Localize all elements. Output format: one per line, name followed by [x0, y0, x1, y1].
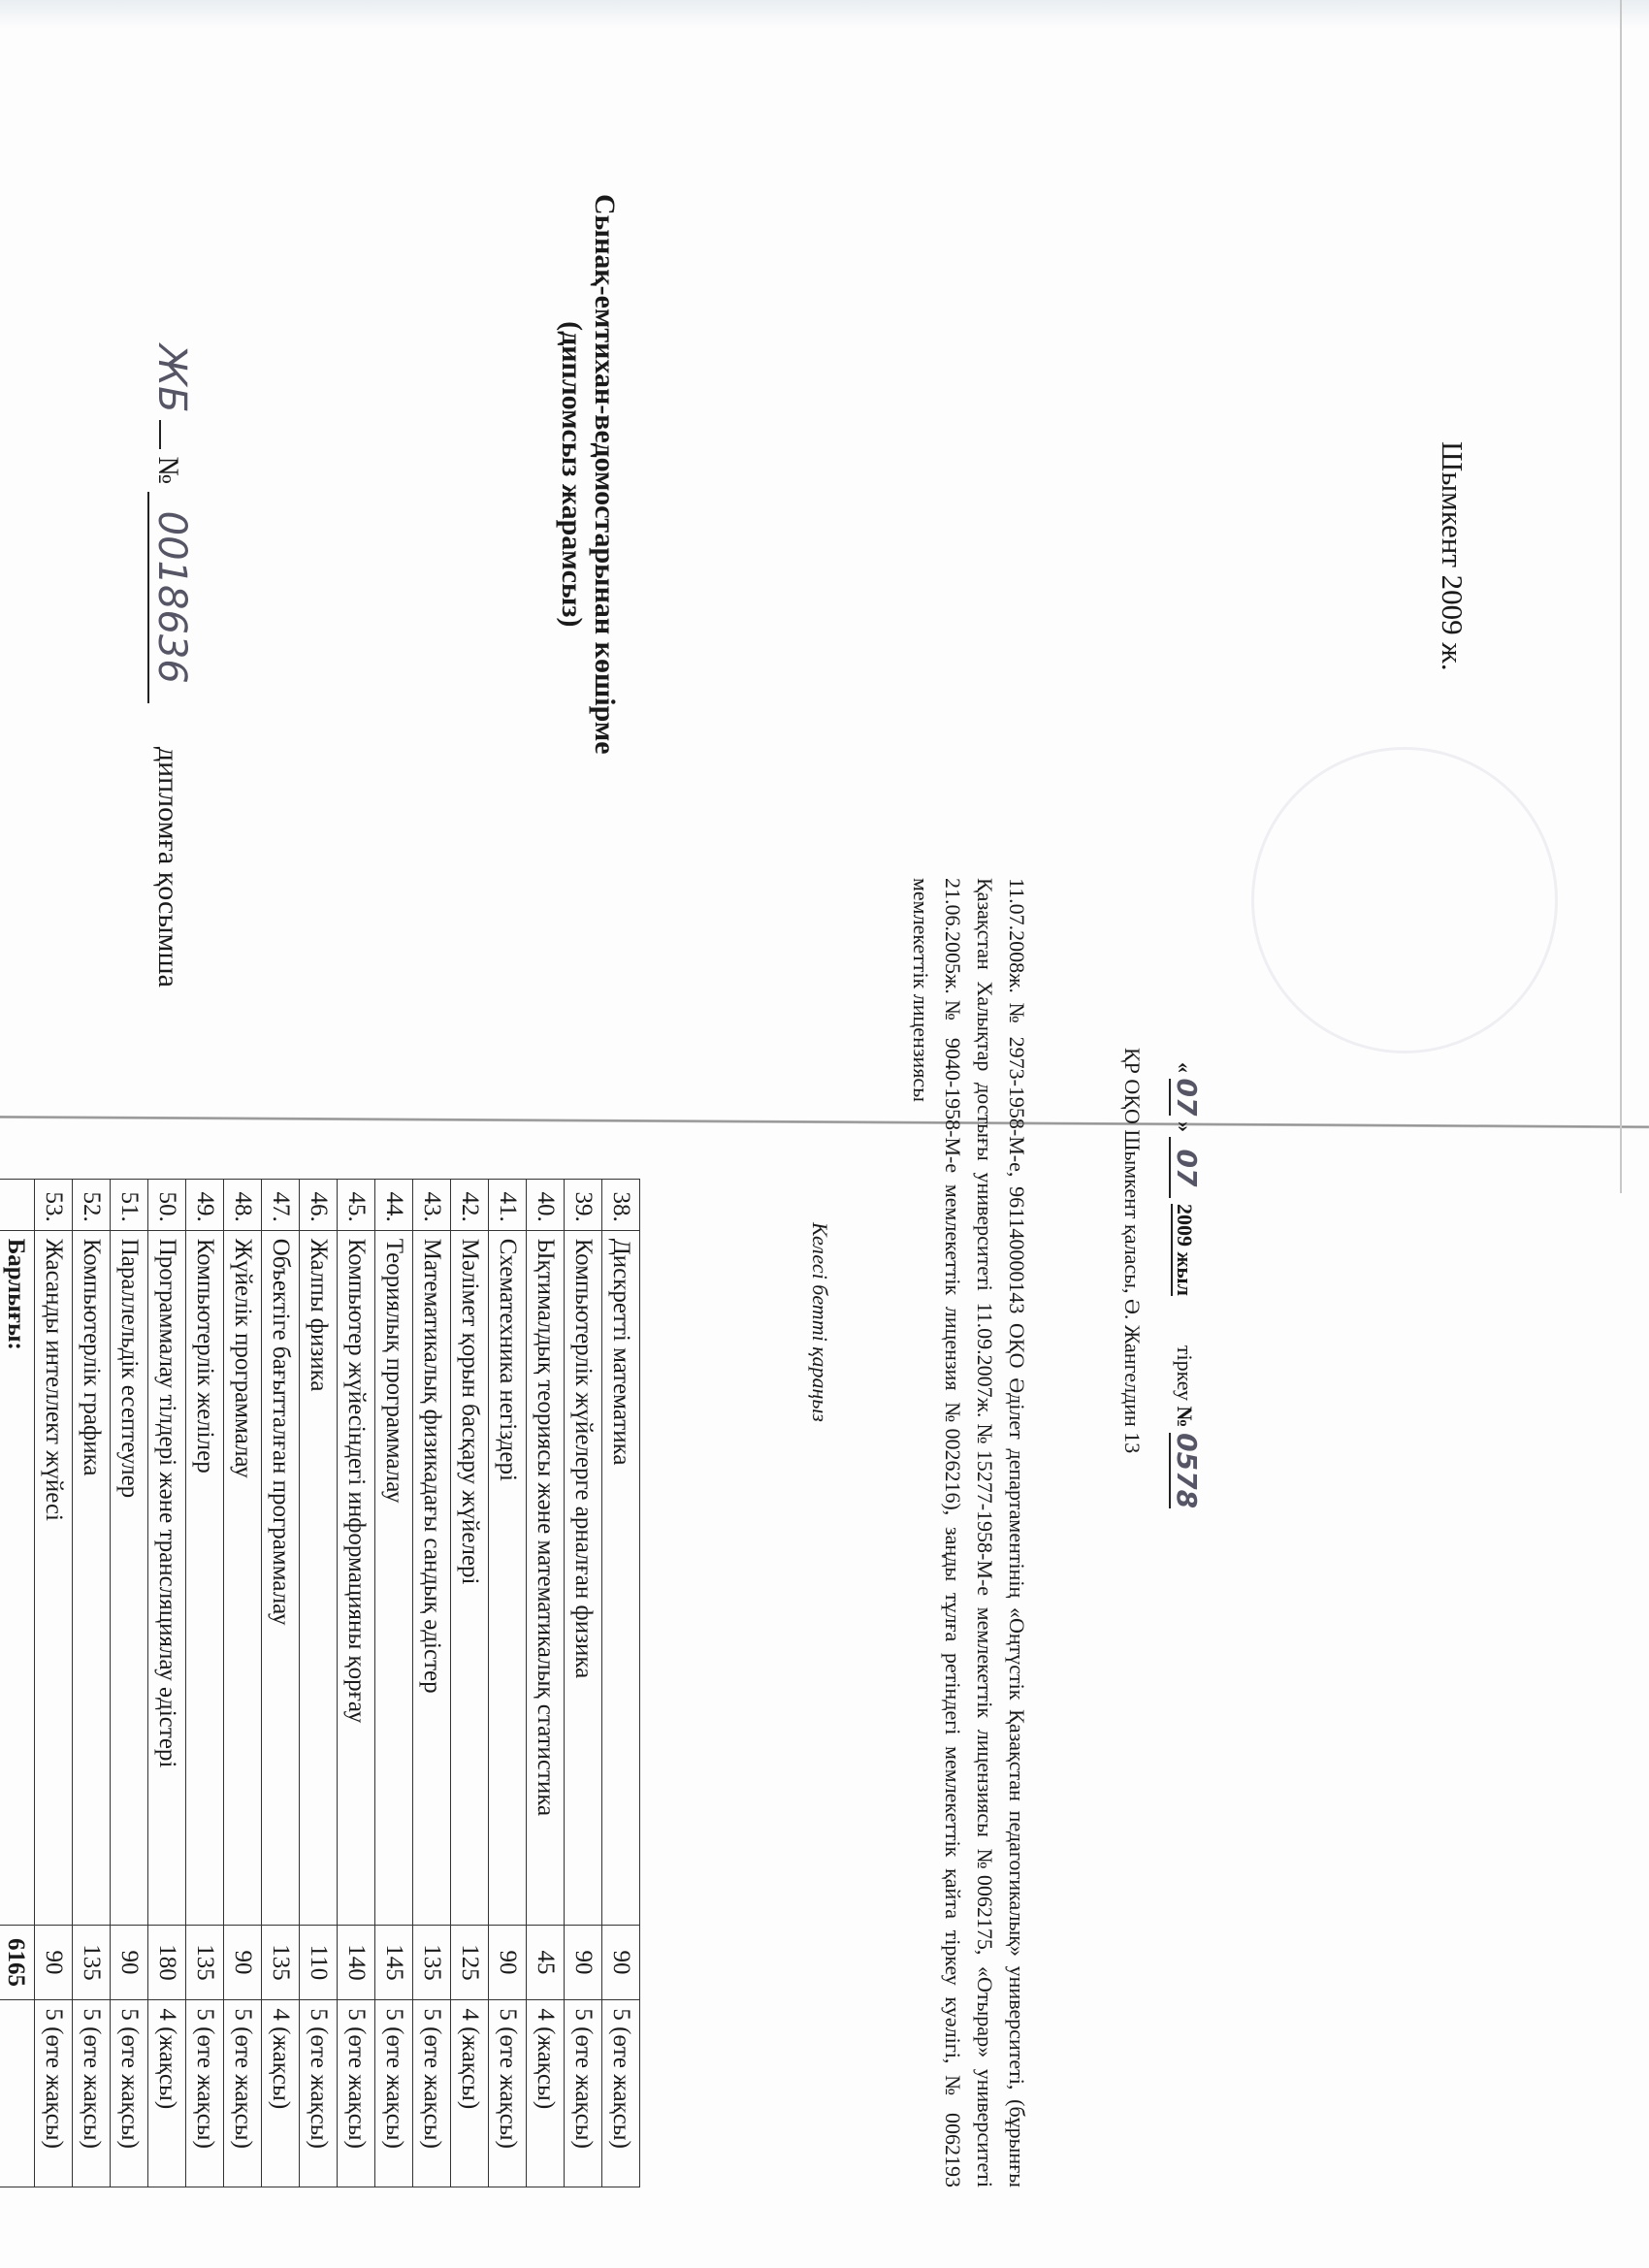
faint-seal-stamp	[1251, 747, 1558, 1053]
subject-name: Жүйелік программалау	[224, 1230, 262, 1925]
row-number: 46.	[300, 1180, 338, 1231]
address: ҚР ОҚО Шымкент қаласы, Ә. Жангелдин 13	[1119, 1048, 1145, 1453]
row-number: 47.	[262, 1180, 300, 1231]
subject-name: Компьютерлік графика	[73, 1230, 111, 1925]
subject-grade: 5 (өте жақсы)	[35, 2000, 73, 2187]
table-row: 46.Жалпы физика1105 (өте жақсы)	[300, 1180, 338, 2187]
table-row: 50.Программалау тілдері және трансляциял…	[148, 1180, 186, 2187]
subject-name: Схематехника негіздері	[489, 1230, 527, 1925]
table-row: 42.Мәлімет қорын басқару жүйелері1254 (ж…	[451, 1180, 489, 2187]
license-text: 11.07.2008ж. № 2973-1958-М-е, 9611400001…	[905, 878, 1033, 2187]
subject-hours: 90	[489, 1925, 527, 2000]
subject-hours: 90	[224, 1925, 262, 2000]
table-row: 44.Теориялық программалау1455 (өте жақсы…	[375, 1180, 413, 2187]
subject-name: Мәлімет қорын басқару жүйелері	[451, 1230, 489, 1925]
row-number: 45.	[338, 1180, 375, 1231]
subject-hours: 90	[565, 1925, 602, 2000]
handwritten-series: ЖБ	[149, 344, 194, 413]
subject-hours: 90	[602, 1925, 640, 2000]
grades-table: 38.Дискретті математика905 (өте жақсы)39…	[0, 1179, 640, 2187]
subject-hours: 135	[73, 1925, 111, 2000]
subject-hours: 90	[111, 1925, 148, 2000]
grades-table-wrap: 38.Дискретті математика905 (өте жақсы)39…	[0, 1179, 640, 2187]
total-label: Барлығы:	[0, 1230, 35, 1925]
subject-hours: 140	[338, 1925, 375, 2000]
subject-name: Программалау тілдері және трансляциялау …	[148, 1230, 186, 1925]
row-number: 52.	[73, 1180, 111, 1231]
subject-hours: 125	[451, 1925, 489, 2000]
diploma-supplement-label: дипломға қосымша	[152, 747, 184, 988]
registration-year: 2009 жыл	[1171, 1204, 1197, 1296]
subject-name: Ықтималдық теориясы және математикалық с…	[527, 1230, 565, 1925]
blank-cell	[0, 1180, 35, 1231]
blank-cell	[0, 2000, 35, 2187]
subject-grade: 5 (өте жақсы)	[224, 2000, 262, 2187]
registration-number: 0578	[1169, 1433, 1203, 1508]
number-label: №	[152, 457, 184, 485]
subject-name: Компьютерлік желілер	[186, 1230, 224, 1925]
page-fold-vertical	[1620, 0, 1622, 1193]
subject-name: Параллельдік есептеулер	[111, 1230, 148, 1925]
scan-edge	[0, 0, 1649, 29]
table-row: 40.Ықтималдық теориясы және математикалы…	[527, 1180, 565, 2187]
subject-grade: 5 (өте жақсы)	[73, 2000, 111, 2187]
row-number: 41.	[489, 1180, 527, 1231]
subject-hours: 135	[413, 1925, 451, 2000]
table-row: 38.Дискретті математика905 (өте жақсы)	[602, 1180, 640, 2187]
row-number: 51.	[111, 1180, 148, 1231]
table-row: 51.Параллельдік есептеулер905 (өте жақсы…	[111, 1180, 148, 2187]
subject-hours: 135	[262, 1925, 300, 2000]
table-row: 45.Компьютер жүйесіндегі информацияны қо…	[338, 1180, 375, 2187]
table-row: 52.Компьютерлік графика1355 (өте жақсы)	[73, 1180, 111, 2187]
subject-name: Объектіге бағытталған программалау	[262, 1230, 300, 1925]
table-row: 49.Компьютерлік желілер1355 (өте жақсы)	[186, 1180, 224, 2187]
table-row: 47.Объектіге бағытталған программалау135…	[262, 1180, 300, 2187]
subject-name: Дискретті математика	[602, 1230, 640, 1925]
subject-grade: 5 (өте жақсы)	[489, 2000, 527, 2187]
subject-grade: 5 (өте жақсы)	[338, 2000, 375, 2187]
subject-grade: 4 (жақсы)	[527, 2000, 565, 2187]
subject-hours: 145	[375, 1925, 413, 2000]
subject-name: Компьютер жүйесіндегі информацияны қорға…	[338, 1230, 375, 1925]
subject-grade: 4 (жақсы)	[451, 2000, 489, 2187]
title-block: Сынақ-емтихан-ведомостарынан көшірме (ди…	[555, 194, 621, 755]
subject-hours: 135	[186, 1925, 224, 2000]
subject-grade: 5 (өте жақсы)	[413, 2000, 451, 2187]
diploma-number-line: ЖБ № 0018636 дипломға қосымша	[149, 344, 194, 988]
subject-hours: 90	[35, 1925, 73, 2000]
subject-name: Жалпы физика	[300, 1230, 338, 1925]
next-page-note: Келесі бетті қараңыз	[807, 1222, 832, 1422]
subject-grade: 5 (өте жақсы)	[300, 2000, 338, 2187]
row-number: 49.	[186, 1180, 224, 1231]
handwritten-diploma-number: 0018636	[147, 492, 194, 703]
total-row: Барлығы:6165	[0, 1180, 35, 2187]
table-row: 41.Схематехника негіздері905 (өте жақсы)	[489, 1180, 527, 2187]
document-subtitle: (дипломсыз жарамсыз)	[555, 194, 588, 755]
table-row: 53.Жасанды интеллект жүйесі905 (өте жақс…	[35, 1180, 73, 2187]
subject-hours: 180	[148, 1925, 186, 2000]
table-row: 39.Компьютерлік жүйелерге арналған физик…	[565, 1180, 602, 2187]
registration-day: 07	[1169, 1079, 1203, 1117]
row-number: 40.	[527, 1180, 565, 1231]
subject-name: Математикалық физикадағы сандық әдістер	[413, 1230, 451, 1925]
row-number: 43.	[413, 1180, 451, 1231]
row-number: 44.	[375, 1180, 413, 1231]
total-hours: 6165	[0, 1925, 35, 2000]
table-row: 43.Математикалық физикадағы сандық әдіст…	[413, 1180, 451, 2187]
row-number: 50.	[148, 1180, 186, 1231]
page-fold-horizontal	[0, 1116, 1649, 1128]
row-number: 39.	[565, 1180, 602, 1231]
subject-hours: 45	[527, 1925, 565, 2000]
subject-grade: 5 (өте жақсы)	[602, 2000, 640, 2187]
registration-month: 07	[1169, 1137, 1203, 1198]
subject-hours: 110	[300, 1925, 338, 2000]
row-number: 53.	[35, 1180, 73, 1231]
subject-grade: 4 (жақсы)	[262, 2000, 300, 2187]
subject-grade: 4 (жақсы)	[148, 2000, 186, 2187]
table-row: 48.Жүйелік программалау905 (өте жақсы)	[224, 1180, 262, 2187]
row-number: 42.	[451, 1180, 489, 1231]
registration-line: « 07 » 07 2009 жыл тіркеу № 0578	[1171, 1062, 1203, 1508]
city-year: Шымкент 2009 ж.	[1435, 441, 1470, 671]
subject-grade: 5 (өте жақсы)	[565, 2000, 602, 2187]
subject-grade: 5 (өте жақсы)	[111, 2000, 148, 2187]
document-title: Сынақ-емтихан-ведомостарынан көшірме	[588, 194, 621, 755]
subject-name: Компьютерлік жүйелерге арналған физика	[565, 1230, 602, 1925]
subject-name: Теориялық программалау	[375, 1230, 413, 1925]
row-number: 48.	[224, 1180, 262, 1231]
subject-grade: 5 (өте жақсы)	[375, 2000, 413, 2187]
row-number: 38.	[602, 1180, 640, 1231]
subject-grade: 5 (өте жақсы)	[186, 2000, 224, 2187]
subject-name: Жасанды интеллект жүйесі	[35, 1230, 73, 1925]
